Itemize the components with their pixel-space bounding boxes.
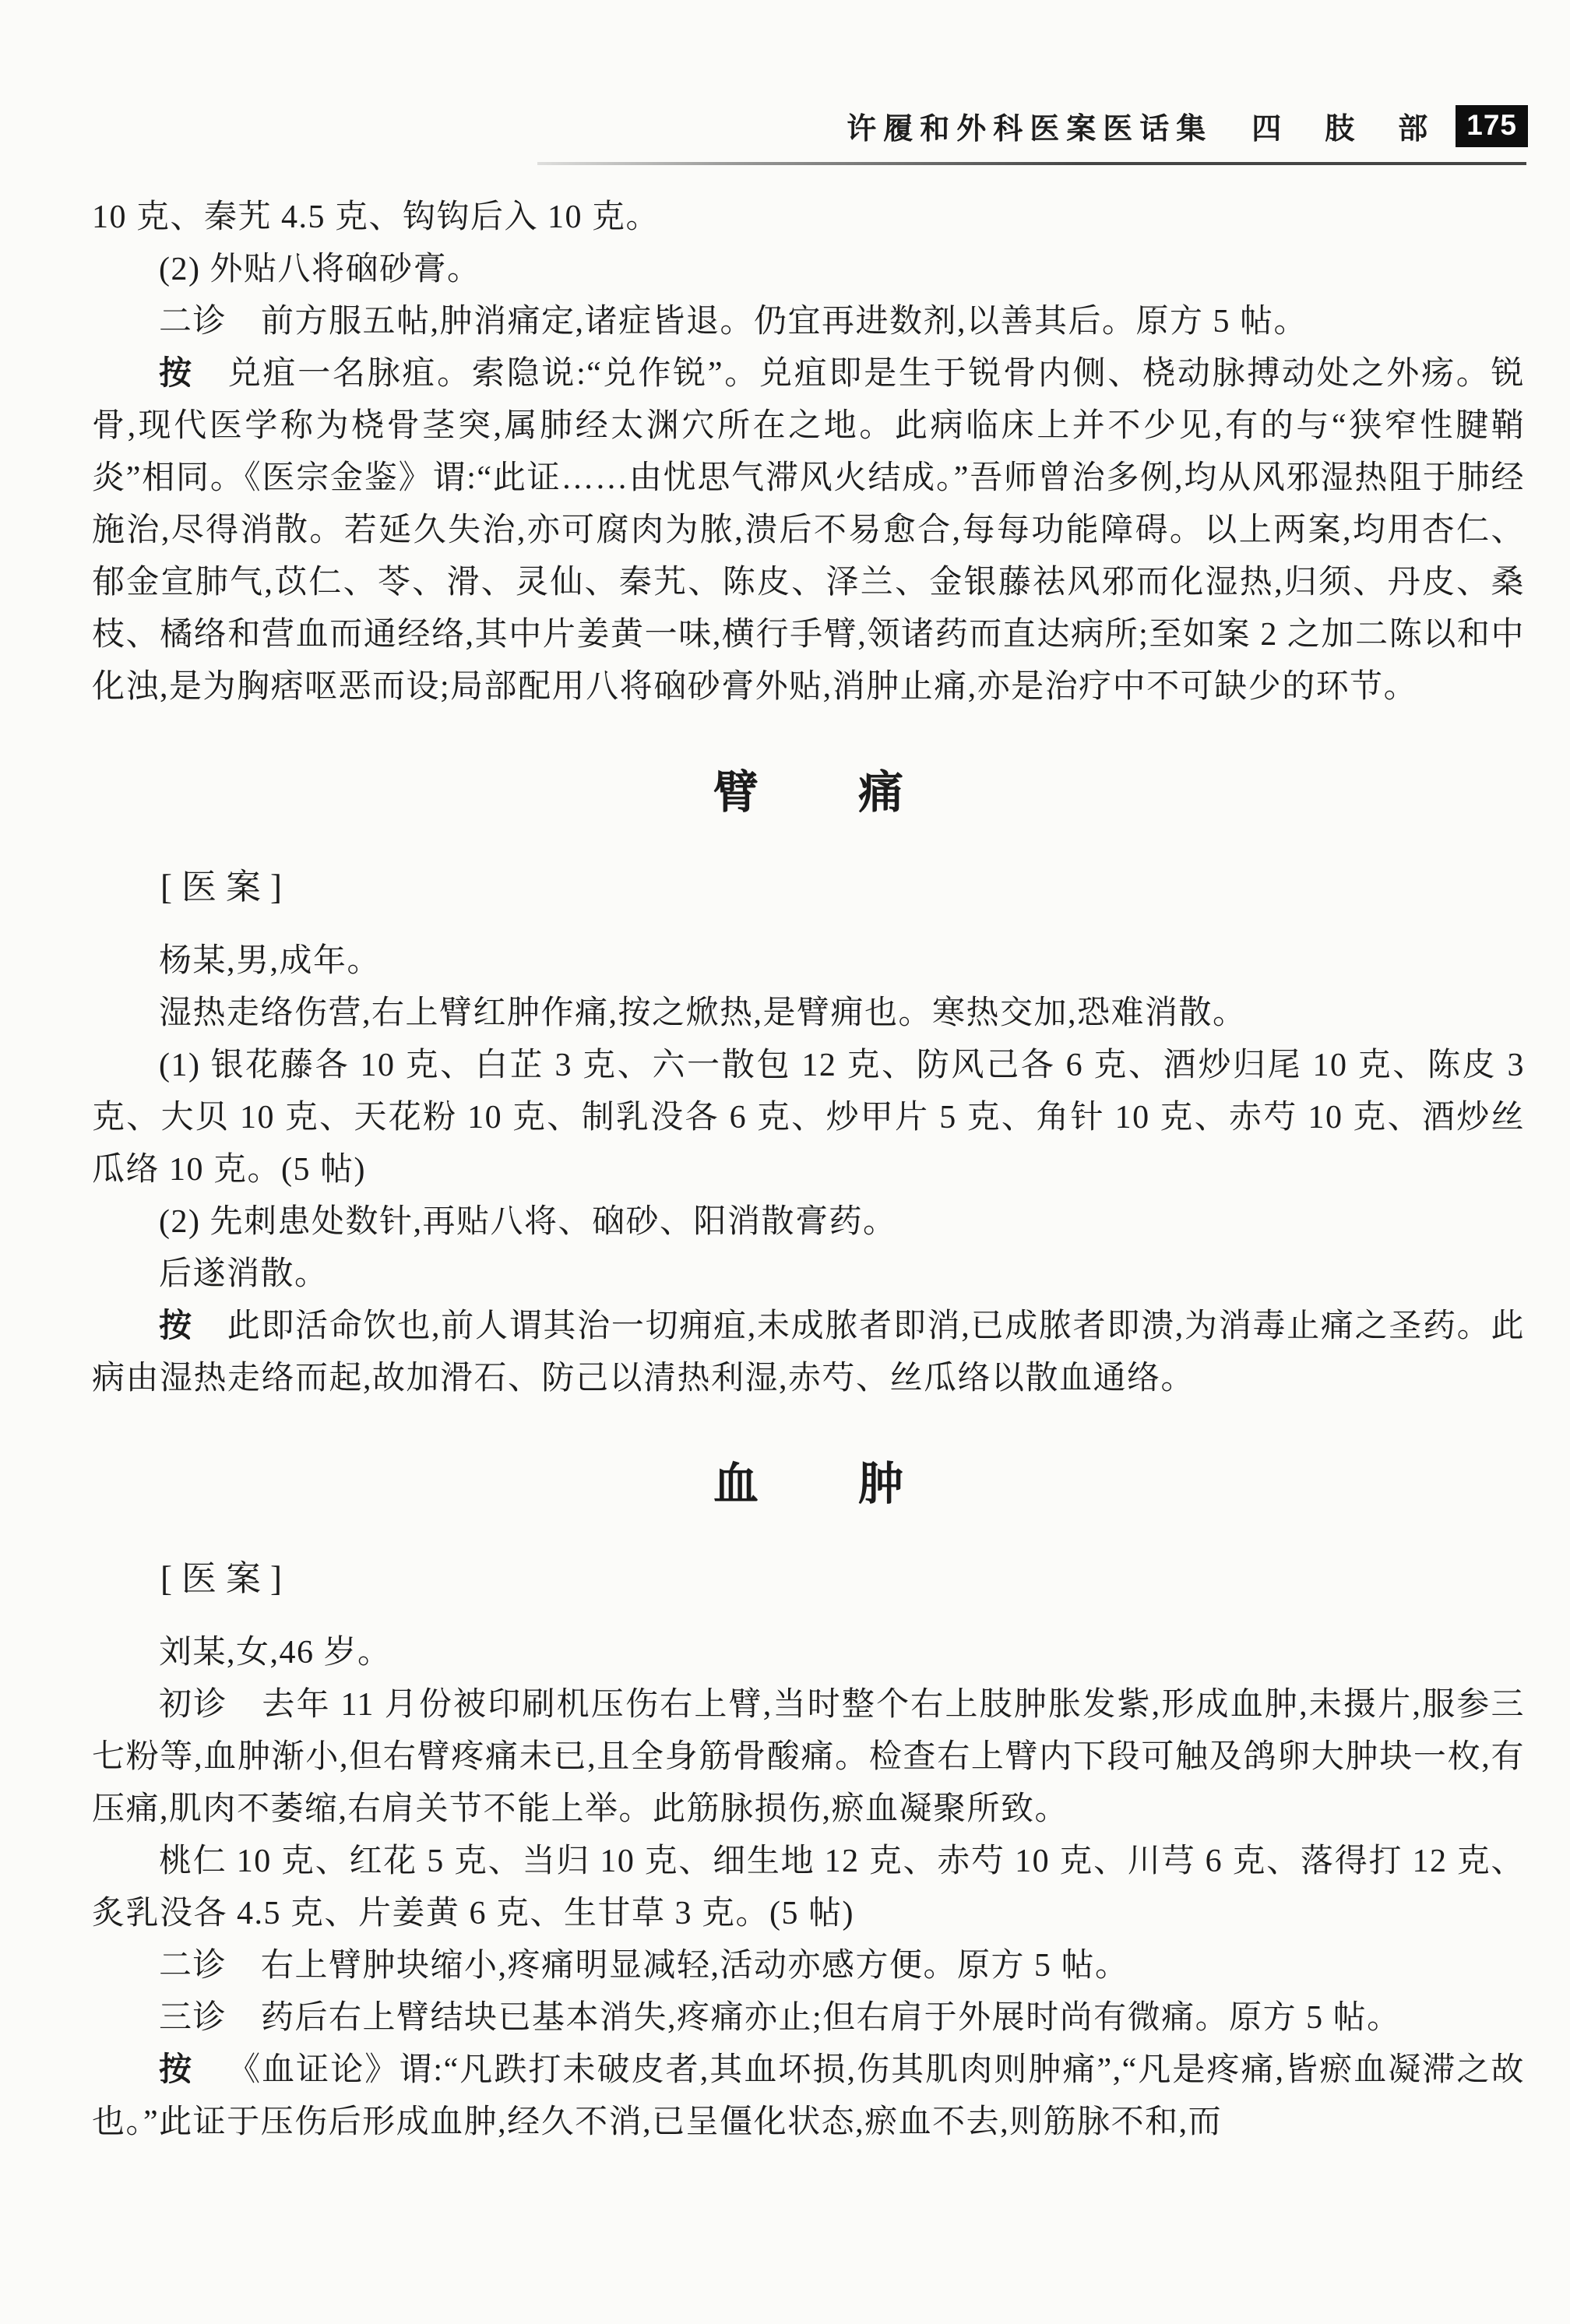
body-paragraph: 湿热走络伤营,右上臂红肿作痛,按之焮热,是臂痈也。寒热交加,恐难消散。 bbox=[92, 988, 1525, 1040]
page-header: 许履和外科医案医话集 四 肢 部 175 bbox=[847, 104, 1528, 147]
body-paragraph: (2) 先刺患处数针,再贴八将、硇砂、阳消散膏药。 bbox=[92, 1196, 1525, 1248]
section-heading: 臂 痛 bbox=[92, 755, 1525, 821]
section-heading-char: 臂 bbox=[713, 755, 759, 821]
body-paragraph: 刘某,女,46 岁。 bbox=[92, 1627, 1525, 1679]
part-char: 肢 bbox=[1325, 104, 1354, 147]
page-number-badge: 175 bbox=[1456, 105, 1528, 147]
section-heading-char: 肿 bbox=[858, 1447, 903, 1512]
body-paragraph: 桃仁 10 克、红花 5 克、当归 10 克、细生地 12 克、赤芍 10 克、… bbox=[92, 1836, 1525, 1940]
body-paragraph: (1) 银花藤各 10 克、白芷 3 克、六一散包 12 克、防风己各 6 克、… bbox=[92, 1040, 1525, 1196]
book-title: 许履和外科医案医话集 bbox=[847, 104, 1213, 147]
paragraph-text: 兑疽一名脉疽。索隐说:“兑作锐”。兑疽即是生于锐骨内侧、桡动脉搏动处之外疡。锐骨… bbox=[92, 356, 1525, 705]
visit-label: 初诊 bbox=[159, 1687, 227, 1723]
body-paragraph: 按兑疽一名脉疽。索隐说:“兑作锐”。兑疽即是生于锐骨内侧、桡动脉搏动处之外疡。锐… bbox=[92, 348, 1525, 713]
paragraph-text: 药后右上臂结块已基本消失,疼痛亦止;但右肩于外展时尚有微痛。原方 5 帖。 bbox=[261, 2000, 1401, 2036]
case-label: [医案] bbox=[160, 858, 1525, 909]
paragraph-text: 《血证论》谓:“凡跌打未破皮者,其血坏损,伤其肌肉则肿痛”,“凡是疼痛,皆瘀血凝… bbox=[92, 2052, 1525, 2140]
body-paragraph: 三诊药后右上臂结块已基本消失,疼痛亦止;但右肩于外展时尚有微痛。原方 5 帖。 bbox=[92, 1992, 1525, 2044]
paragraph-text: 前方服五帖,肿消痛定,诸症皆退。仍宜再进数剂,以善其后。原方 5 帖。 bbox=[261, 304, 1308, 340]
body-text-area: 10 克、秦艽 4.5 克、钩钩后入 10 克。 (2) 外贴八将硇砂膏。 二诊… bbox=[92, 192, 1525, 2149]
visit-label: 二诊 bbox=[159, 1948, 227, 1984]
body-paragraph: (2) 外贴八将硇砂膏。 bbox=[92, 244, 1525, 296]
body-paragraph: 按此即活命饮也,前人谓其治一切痈疽,未成脓者即消,已成脓者即溃,为消毒止痛之圣药… bbox=[92, 1301, 1525, 1405]
section-heading: 血 肿 bbox=[92, 1447, 1525, 1512]
paragraph-text: 右上臂肿块缩小,疼痛明显减轻,活动亦感方便。原方 5 帖。 bbox=[261, 1948, 1129, 1984]
book-page: 许履和外科医案医话集 四 肢 部 175 10 克、秦艽 4.5 克、钩钩后入 … bbox=[0, 0, 1570, 2324]
header-rule bbox=[537, 162, 1526, 165]
commentary-label: 按 bbox=[159, 356, 194, 392]
visit-label: 二诊 bbox=[159, 304, 227, 340]
body-paragraph: 二诊前方服五帖,肿消痛定,诸症皆退。仍宜再进数剂,以善其后。原方 5 帖。 bbox=[92, 296, 1525, 348]
part-title: 四 肢 部 bbox=[1251, 104, 1427, 147]
body-paragraph: 后遂消散。 bbox=[92, 1248, 1525, 1301]
visit-label: 三诊 bbox=[159, 2000, 227, 2036]
part-char: 四 bbox=[1251, 104, 1281, 147]
commentary-label: 按 bbox=[159, 1308, 193, 1344]
body-paragraph: 二诊右上臂肿块缩小,疼痛明显减轻,活动亦感方便。原方 5 帖。 bbox=[92, 1940, 1525, 1992]
section-heading-char: 血 bbox=[713, 1447, 759, 1512]
section-heading-char: 痛 bbox=[858, 755, 903, 821]
body-paragraph: 初诊去年 11 月份被印刷机压伤右上臂,当时整个右上肢肿胀发紫,形成血肿,未摄片… bbox=[92, 1679, 1525, 1836]
part-char: 部 bbox=[1398, 104, 1427, 147]
case-label: [医案] bbox=[160, 1550, 1525, 1600]
body-paragraph: 按《血证论》谓:“凡跌打未破皮者,其血坏损,伤其肌肉则肿痛”,“凡是疼痛,皆瘀血… bbox=[92, 2044, 1525, 2149]
paragraph-text: 此即活命饮也,前人谓其治一切痈疽,未成脓者即消,已成脓者即溃,为消毒止痛之圣药。… bbox=[92, 1308, 1525, 1396]
body-paragraph: 10 克、秦艽 4.5 克、钩钩后入 10 克。 bbox=[92, 192, 1525, 244]
body-paragraph: 杨某,男,成年。 bbox=[92, 935, 1525, 988]
paragraph-text: 去年 11 月份被印刷机压伤右上臂,当时整个右上肢肿胀发紫,形成血肿,未摄片,服… bbox=[92, 1687, 1525, 1827]
commentary-label: 按 bbox=[159, 2052, 193, 2088]
